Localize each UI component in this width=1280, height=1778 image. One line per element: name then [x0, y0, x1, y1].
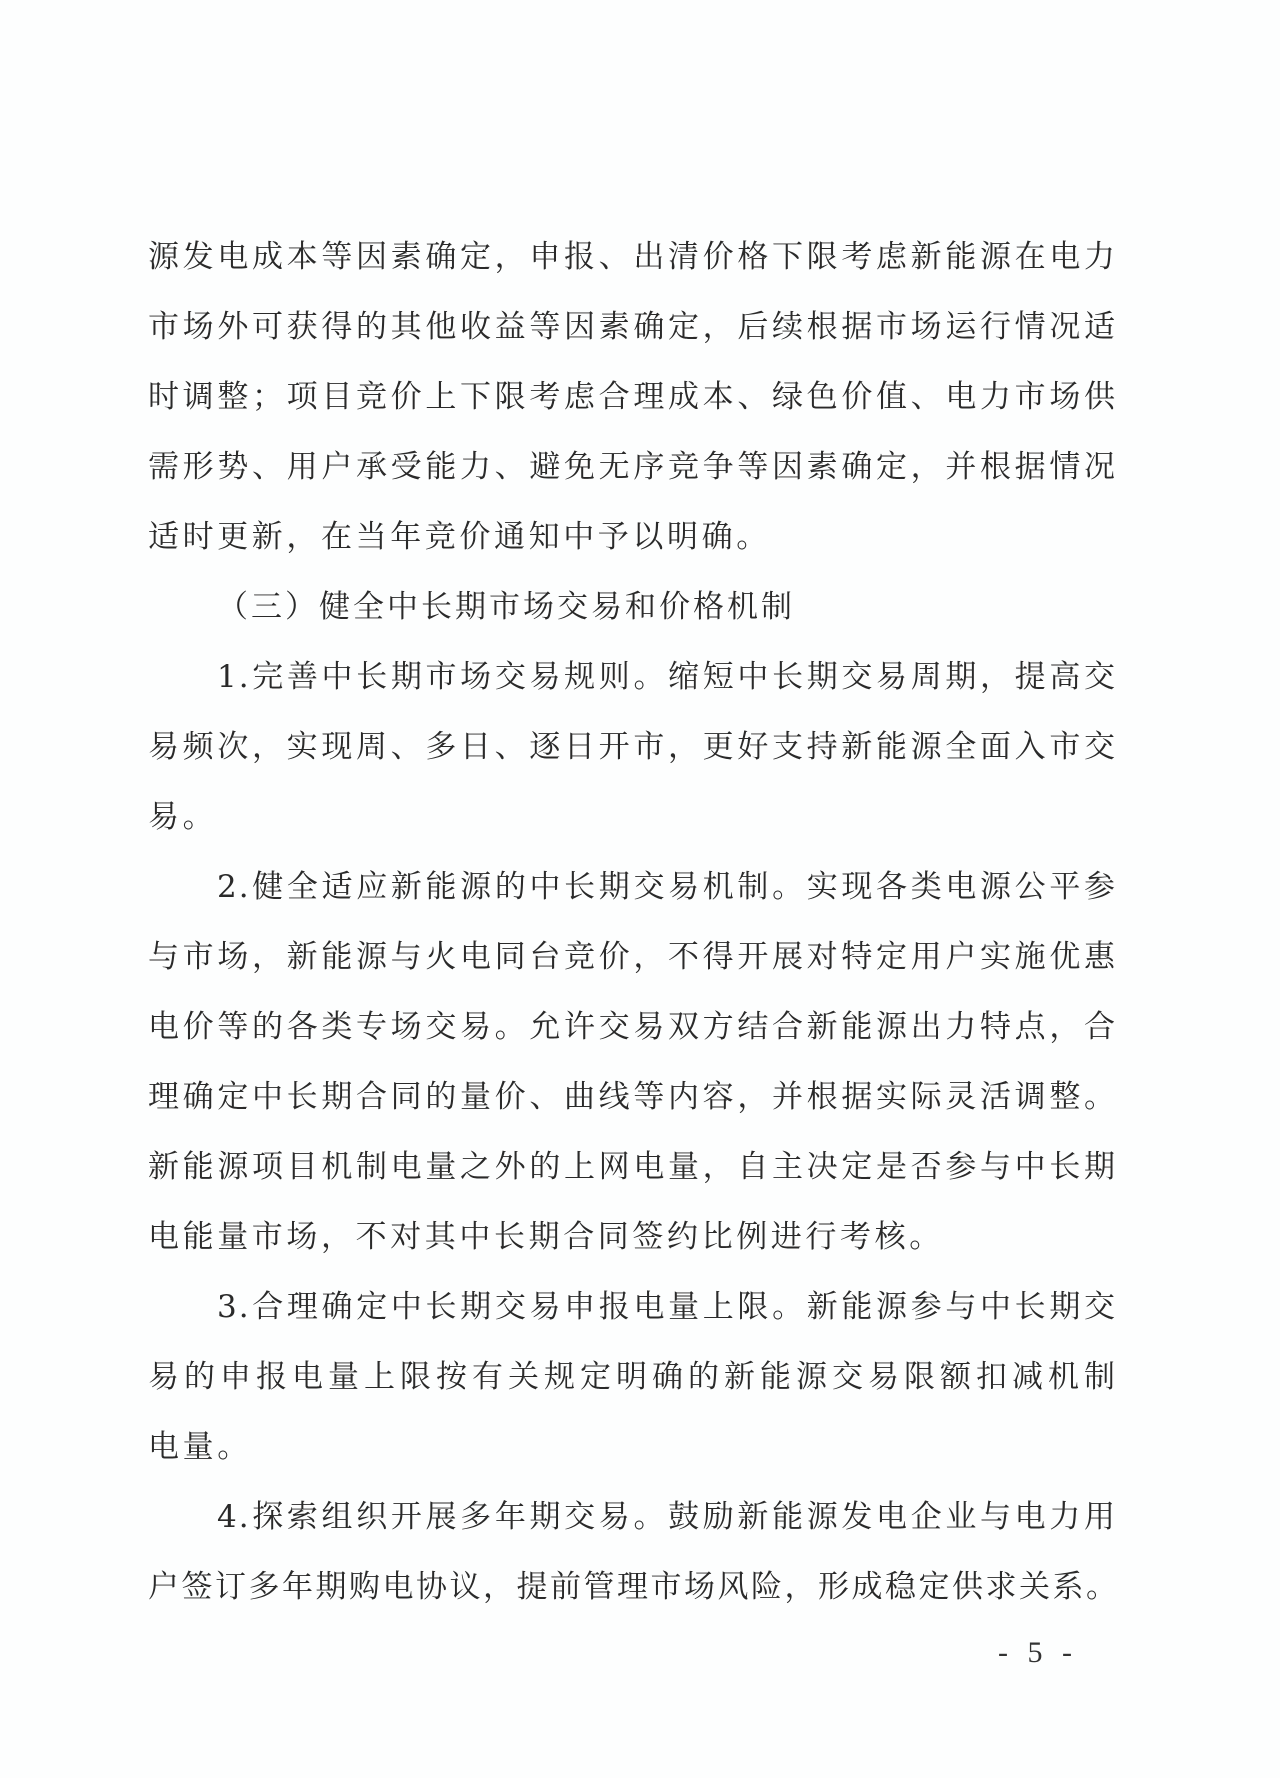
- item-1-title-line: 1.完善中长期市场交易规则。缩短中长期交易周期，提高交: [217, 655, 1117, 699]
- paragraph-line: 新能源项目机制电量之外的上网电量，自主决定是否参与中长期: [148, 1145, 1117, 1189]
- paragraph-line: 市场外可获得的其他收益等因素确定，后续根据市场运行情况适: [148, 305, 1117, 349]
- paragraph-line: 与市场，新能源与火电同台竞价，不得开展对特定用户实施优惠: [148, 935, 1117, 979]
- paragraph-line: 电能量市场，不对其中长期合同签约比例进行考核。: [148, 1215, 944, 1259]
- paragraph-line: 易。: [148, 795, 217, 839]
- document-page: 源发电成本等因素确定，申报、出清价格下限考虑新能源在电力 市场外可获得的其他收益…: [0, 0, 1280, 1778]
- paragraph-line: 易的申报电量上限按有关规定明确的新能源交易限额扣减机制: [148, 1355, 1117, 1399]
- page-number: - 5 -: [988, 1634, 1088, 1672]
- item-4-title-line: 4.探索组织开展多年期交易。鼓励新能源发电企业与电力用: [217, 1495, 1117, 1539]
- paragraph-line: 时调整；项目竞价上下限考虑合理成本、绿色价值、电力市场供: [148, 375, 1117, 419]
- item-2-title-line: 2.健全适应新能源的中长期交易机制。实现各类电源公平参: [217, 865, 1117, 909]
- paragraph-line: 源发电成本等因素确定，申报、出清价格下限考虑新能源在电力: [148, 235, 1117, 279]
- paragraph-line: 适时更新，在当年竞价通知中予以明确。: [148, 515, 771, 559]
- paragraph-line: 户签订多年期购电协议，提前管理市场风险，形成稳定供求关系。: [148, 1565, 1117, 1609]
- item-3-title-line: 3.合理确定中长期交易申报电量上限。新能源参与中长期交: [217, 1285, 1117, 1329]
- paragraph-line: 电量。: [148, 1425, 252, 1469]
- paragraph-line: 电价等的各类专场交易。允许交易双方结合新能源出力特点，合: [148, 1005, 1117, 1049]
- paragraph-line: 易频次，实现周、多日、逐日开市，更好支持新能源全面入市交: [148, 725, 1117, 769]
- paragraph-line: 需形势、用户承受能力、避免无序竞争等因素确定，并根据情况: [148, 445, 1117, 489]
- paragraph-line: 理确定中长期合同的量价、曲线等内容，并根据实际灵活调整。: [148, 1075, 1117, 1119]
- section-heading: （三）健全中长期市场交易和价格机制: [217, 585, 795, 629]
